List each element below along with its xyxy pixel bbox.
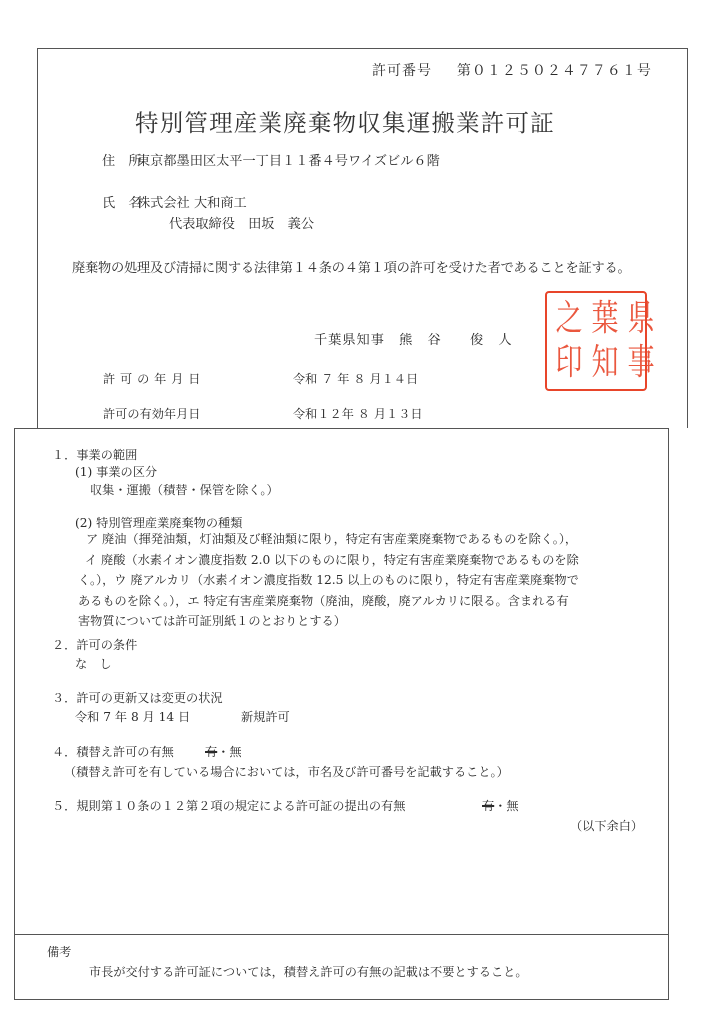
option-separator: ・	[217, 745, 229, 759]
section-3-heading: ３．許可の更新又は変更の状況	[52, 689, 223, 706]
end-of-content-note: （以下余白）	[570, 817, 643, 834]
permit-number: 許可番号 第０１２５０２４７７６１号	[372, 60, 652, 80]
permit-date-value: 令和 ７ 年 ８ 月１４日	[293, 370, 418, 387]
section-2-heading: ２．許可の条件	[52, 636, 137, 653]
section-2-text: な し	[75, 655, 112, 672]
option-separator: ・	[494, 799, 506, 813]
address-value: 東京都墨田区太平一丁目１１番４号ワイズビル６階	[137, 150, 440, 169]
permit-number-label: 許可番号	[372, 63, 432, 79]
section-5-heading: ５．規則第１０条の１２第２項の規定による許可証の提出の有無	[52, 797, 405, 814]
certification-statement: 廃棄物の処理及び清掃に関する法律第１４条の４第１項の許可を受けた者であることを証…	[72, 257, 630, 276]
notes-label: 備考	[47, 943, 71, 960]
seal-char: 県	[628, 297, 655, 341]
address-label: 住 所	[102, 150, 142, 169]
notes-text: 市長が交付する許可証については，積替え許可の有無の記載は不要とすること。	[89, 963, 528, 980]
seal-char: 事	[628, 341, 655, 385]
section-5-options: 有・無	[482, 797, 519, 814]
option-yes-struck: 有	[205, 745, 217, 759]
section-3-status: 新規許可	[241, 708, 290, 725]
section-1-sub1-heading: (1) 事業の区分	[75, 463, 157, 480]
document-title: 特別管理産業廃棄物収集運搬業許可証	[135, 104, 555, 138]
official-seal: 之 印 葉 知 県 事	[545, 291, 647, 391]
seal-char: 知	[592, 341, 619, 385]
seal-char: 葉	[592, 297, 619, 341]
certificate-scope-frame	[14, 428, 669, 935]
permit-date-label: 許 可 の 年 月 日	[103, 370, 201, 387]
waste-types-line: あるものを除く。），エ 特定有害産業廃棄物（廃油，廃酸，廃アルカリに限る。含まれ…	[78, 591, 579, 612]
section-4-heading: ４．積替え許可の有無	[52, 743, 174, 760]
waste-types-line: ア 廃油（揮発油類，灯油類及び軽油類に限り，特定有害産業廃棄物であるものを除く。…	[86, 529, 579, 550]
representative-name: 代表取締役 田坂 義公	[169, 213, 314, 232]
permit-number-value: 第０１２５０２４７７６１号	[457, 63, 652, 79]
section-1-heading: １．事業の範囲	[52, 446, 137, 463]
expiry-date-label: 許可の有効年月日	[103, 405, 201, 422]
option-no: 無	[229, 745, 241, 759]
option-no: 無	[506, 799, 518, 813]
section-4-options: 有・無	[205, 743, 242, 760]
section-3-date: 令和 7 年 8 月 14 日	[75, 708, 190, 725]
company-name: 株式会社 大和商工	[137, 192, 247, 211]
issuer-name: 千葉県知事 熊 谷 俊 人	[314, 329, 513, 348]
name-label: 氏 名	[102, 192, 142, 211]
expiry-date-value: 令和１２年 ８ 月１３日	[293, 405, 423, 422]
waste-types-line: イ 廃酸（水素イオン濃度指数 2.0 以下のものに限り，特定有害産業廃棄物である…	[85, 550, 579, 571]
waste-types-line: 害物質については許可証別紙１のとおりとする）	[78, 611, 579, 632]
section-1-sub1-text: 収集・運搬（積替・保管を除く。）	[90, 481, 279, 498]
section-4-note: （積替え許可を有している場合においては，市名及び許可番号を記載すること。）	[64, 763, 509, 780]
option-yes-struck: 有	[482, 799, 494, 813]
seal-char: 之	[556, 297, 583, 341]
seal-char: 印	[556, 341, 583, 385]
waste-types-list: ア 廃油（揮発油類，灯油類及び軽油類に限り，特定有害産業廃棄物であるものを除く。…	[86, 529, 579, 632]
waste-types-line: く。），ウ 廃アルカリ（水素イオン濃度指数 12.5 以上のものに限り，特定有害…	[78, 570, 579, 591]
